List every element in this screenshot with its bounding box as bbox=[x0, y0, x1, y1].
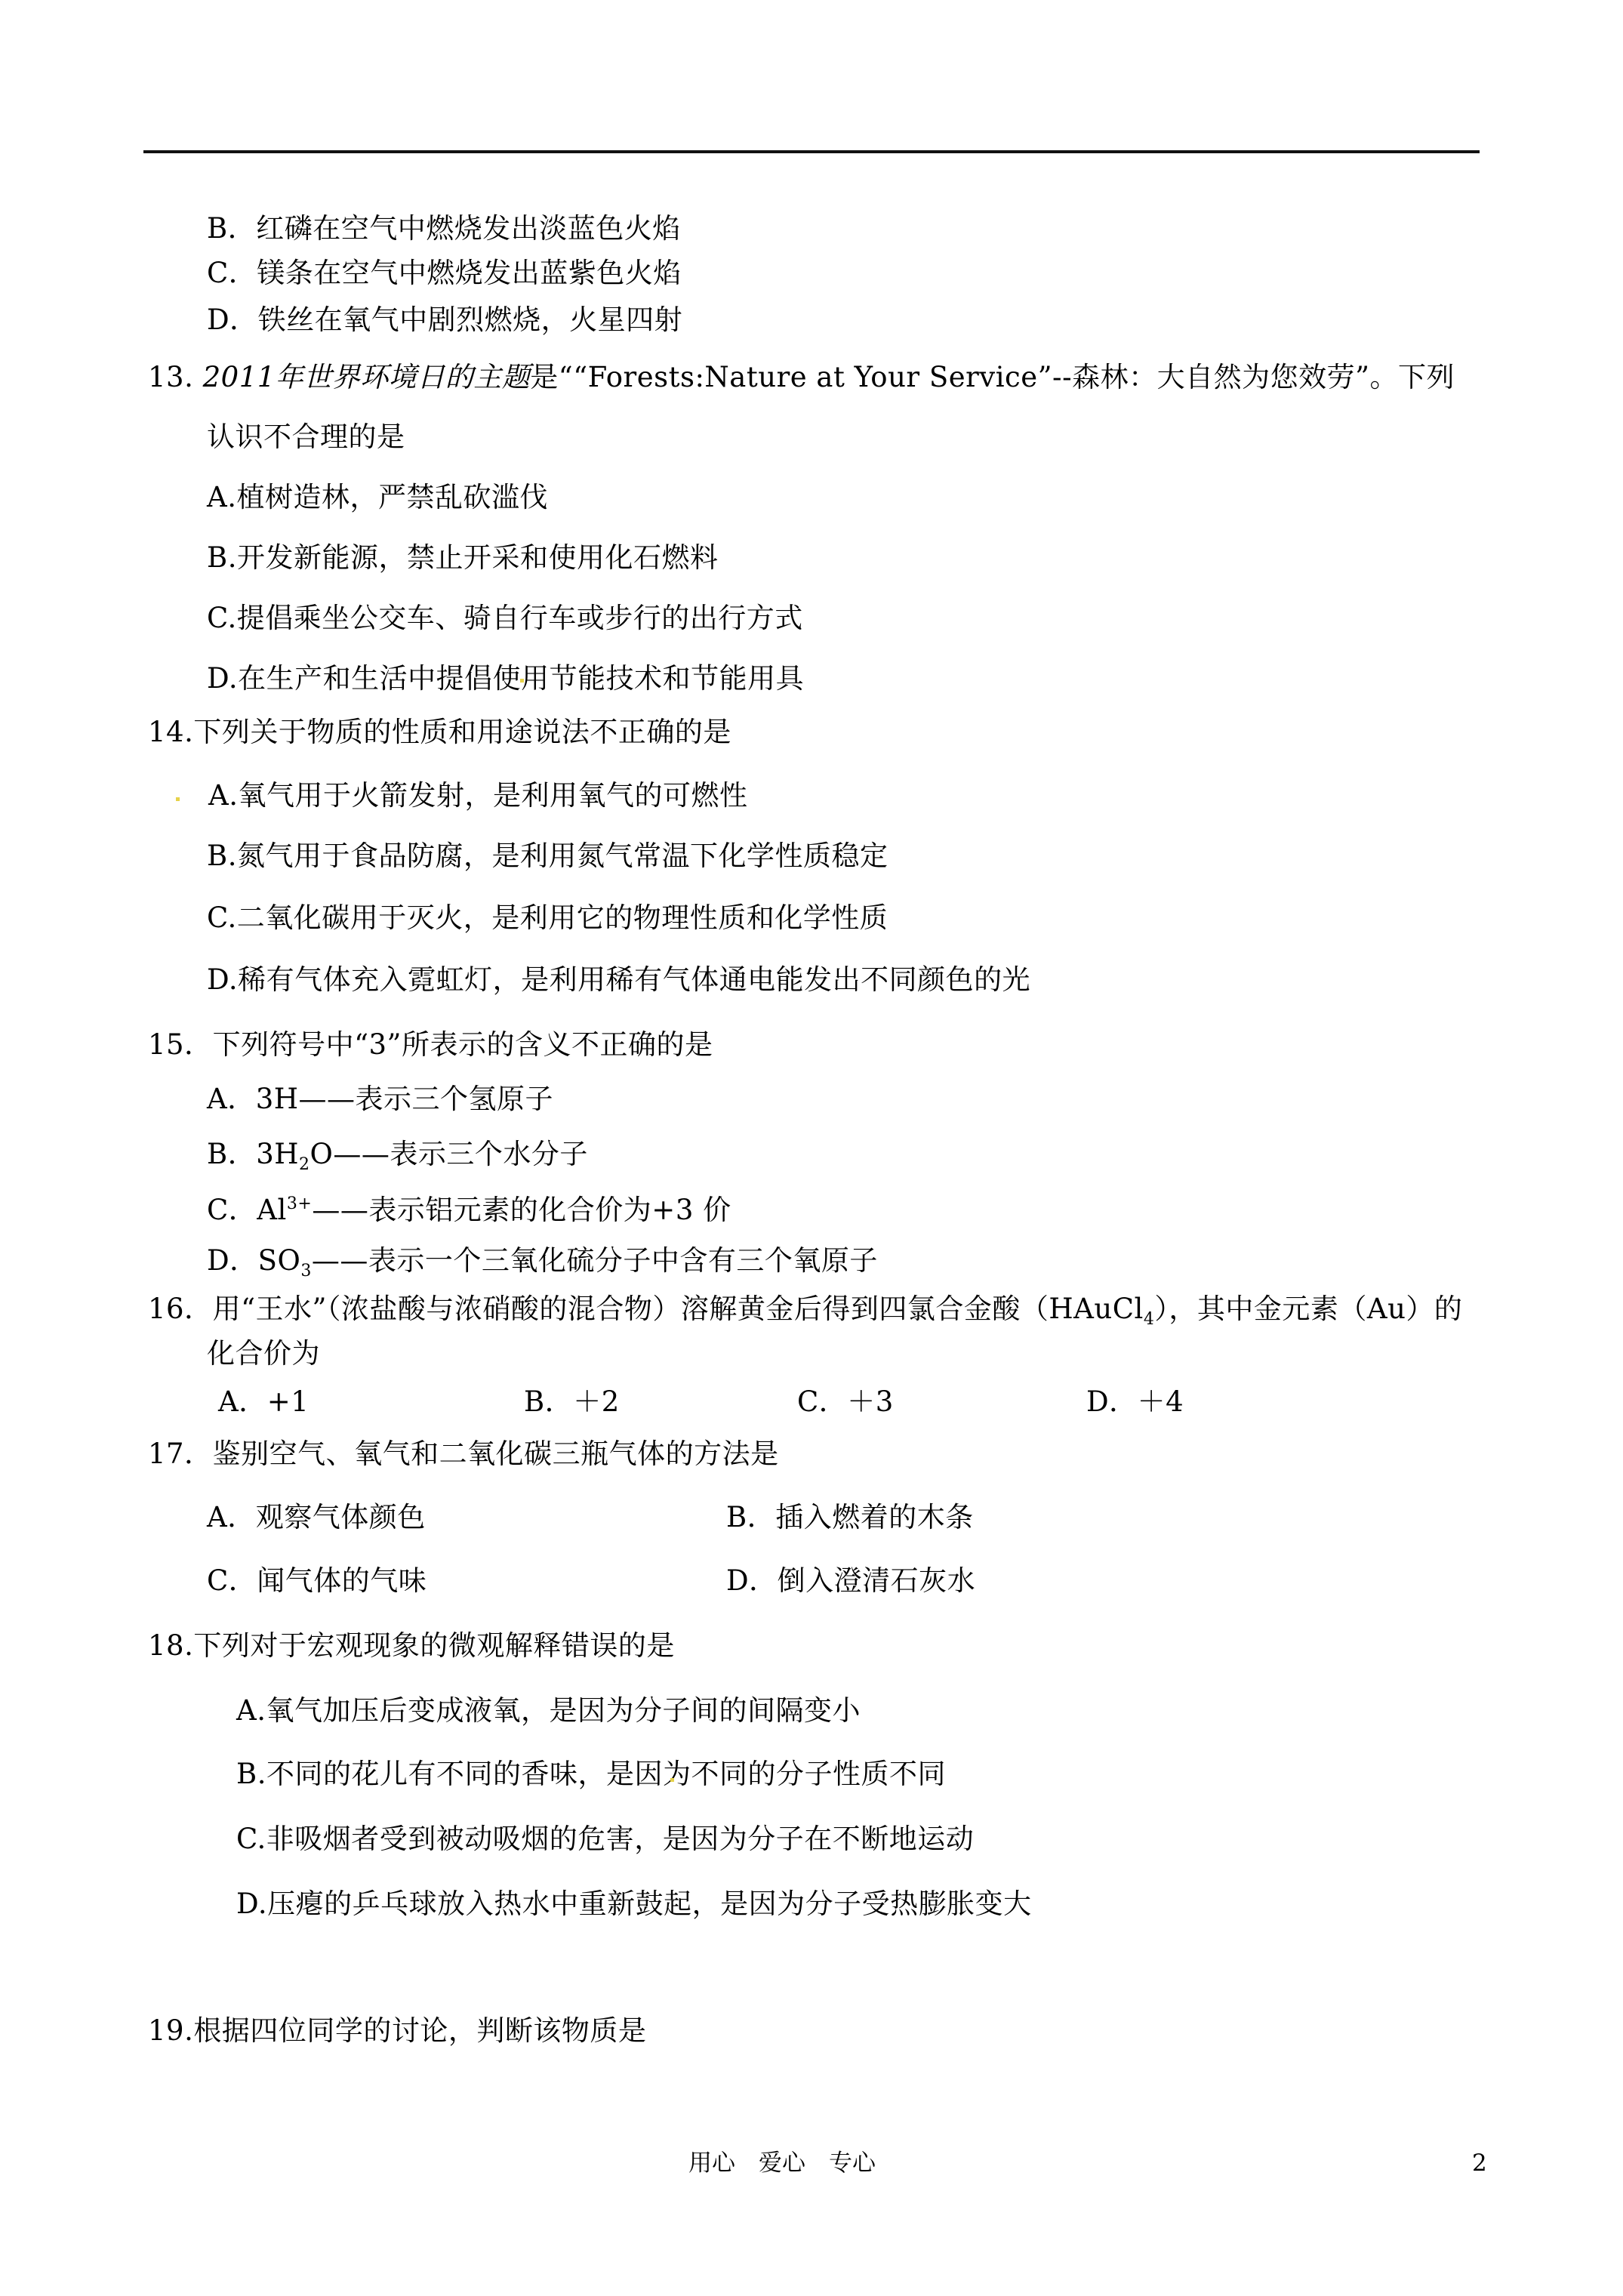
q15-b-symbol: B．3H bbox=[207, 1138, 299, 1170]
q13-option-a: A.植树造林，严禁乱砍滥伐 bbox=[207, 481, 548, 514]
q16-option-a: A．+1 bbox=[218, 1385, 309, 1419]
q15-c-text: ——表示铝元素的化合价为+3 价 bbox=[312, 1194, 731, 1226]
q18-option-b: B.不同的花儿有不同的香味，是因为不同的分子性质不同 bbox=[236, 1758, 946, 1791]
q16-stem-line2: 化合价为 bbox=[207, 1337, 320, 1370]
q16-stem-a: 16．用“王水”（浓盐酸与浓硝酸的混合物）溶解黄金后得到四氯合金酸（HAuCl bbox=[148, 1293, 1144, 1325]
q17-option-a: A．观察气体颜色 bbox=[207, 1501, 426, 1534]
q15-a-text: ——表示三个氢原子 bbox=[299, 1083, 554, 1115]
q15-stem: 15．下列符号中“3”所表示的含义不正确的是 bbox=[148, 1028, 713, 1062]
stray-mark bbox=[520, 679, 524, 683]
q12-option-d: D．铁丝在氧气中剧烈燃烧，火星四射 bbox=[207, 304, 682, 337]
q15-option-d: D．SO3——表示一个三氧化硫分子中含有三个氧原子 bbox=[207, 1244, 878, 1277]
q15-option-c: C．Al3+——表示铝元素的化合价为+3 价 bbox=[207, 1194, 731, 1227]
q13-stem-line2: 认识不合理的是 bbox=[207, 421, 405, 454]
q15-b-text: ——表示三个水分子 bbox=[333, 1138, 588, 1170]
q14-option-c: C.二氧化碳用于灭火，是利用它的物理性质和化学性质 bbox=[207, 901, 888, 935]
q16-option-d: D．＋4 bbox=[1086, 1385, 1184, 1419]
q18-option-c: C.非吸烟者受到被动吸烟的危害，是因为分子在不断地运动 bbox=[236, 1823, 974, 1856]
page-number: 2 bbox=[1472, 2148, 1487, 2178]
q17-option-b: B．插入燃着的木条 bbox=[726, 1501, 974, 1534]
q15-option-a: A．3H——表示三个氢原子 bbox=[207, 1083, 553, 1116]
q16-stem: 16．用“王水”（浓盐酸与浓硝酸的混合物）溶解黄金后得到四氯合金酸（HAuCl4… bbox=[148, 1293, 1462, 1326]
q18-option-a: A.氧气加压后变成液氧，是因为分子间的间隔变小 bbox=[236, 1694, 861, 1727]
q16-stem-b: ），其中金元素（Au）的 bbox=[1154, 1293, 1462, 1325]
q12-option-c: C．镁条在空气中燃烧发出蓝紫色火焰 bbox=[207, 257, 682, 290]
q14-stem: 14.下列关于物质的性质和用途说法不正确的是 bbox=[148, 716, 731, 749]
q17-option-c: C．闻气体的气味 bbox=[207, 1564, 427, 1598]
q15-c-symbol: C．Al bbox=[207, 1194, 287, 1226]
q15-a-symbol: A．3H bbox=[207, 1083, 299, 1115]
q15-d-text: ——表示一个三氧化硫分子中含有三个氧原子 bbox=[312, 1244, 878, 1277]
q15-d-symbol: D．SO bbox=[207, 1244, 300, 1277]
q14-option-a: A.氧气用于火箭发射，是利用氧气的可燃性 bbox=[208, 779, 747, 812]
q13-option-c: C.提倡乘坐公交车、骑自行车或步行的出行方式 bbox=[207, 602, 803, 635]
q15-d-subscript: 3 bbox=[300, 1262, 312, 1281]
stray-mark bbox=[670, 1778, 674, 1782]
stray-mark bbox=[176, 797, 180, 801]
q16-option-c: C．＋3 bbox=[797, 1385, 894, 1419]
q17-stem: 17．鉴别空气、氧气和二氧化碳三瓶气体的方法是 bbox=[148, 1438, 779, 1471]
q12-option-b: B．红磷在空气中燃烧发出淡蓝色火焰 bbox=[207, 212, 681, 245]
q13-stem-italic: 2011年世界环境日的主题 bbox=[203, 361, 531, 393]
q16-option-b: B．＋2 bbox=[524, 1385, 620, 1419]
q15-c-superscript: 3+ bbox=[287, 1194, 312, 1213]
q18-option-d: D.压瘪的乒乓球放入热水中重新鼓起，是因为分子受热膨胀变大 bbox=[236, 1888, 1032, 1921]
q13-option-b: B.开发新能源，禁止开采和使用化石燃料 bbox=[207, 541, 718, 575]
header-rule bbox=[143, 150, 1480, 153]
q18-stem: 18.下列对于宏观现象的微观解释错误的是 bbox=[148, 1629, 675, 1663]
q17-option-d: D．倒入澄清石灰水 bbox=[726, 1564, 975, 1598]
q15-b-subscript: 2 bbox=[299, 1155, 310, 1174]
q16-subscript: 4 bbox=[1144, 1310, 1155, 1329]
q15-b-symbol-end: O bbox=[310, 1138, 334, 1170]
q14-option-d: D.稀有气体充入霓虹灯，是利用稀有气体通电能发出不同颜色的光 bbox=[207, 963, 1030, 997]
q19-stem: 19.根据四位同学的讨论，判断该物质是 bbox=[148, 2014, 646, 2048]
q15-option-b: B．3H2O——表示三个水分子 bbox=[207, 1138, 588, 1171]
q13-stem-rest: 是““Forests:Nature at Your Service”--森林：大… bbox=[530, 361, 1455, 393]
q13-option-d: D.在生产和生活中提倡使用节能技术和节能用具 bbox=[207, 662, 804, 695]
q14-option-b: B.氮气用于食品防腐，是利用氮气常温下化学性质稳定 bbox=[207, 840, 888, 873]
q13-stem: 13. 2011年世界环境日的主题是““Forests:Nature at Yo… bbox=[148, 361, 1455, 394]
q13-number: 13. bbox=[148, 361, 193, 393]
footer-motto: 用心 爱心 专心 bbox=[688, 2148, 876, 2178]
